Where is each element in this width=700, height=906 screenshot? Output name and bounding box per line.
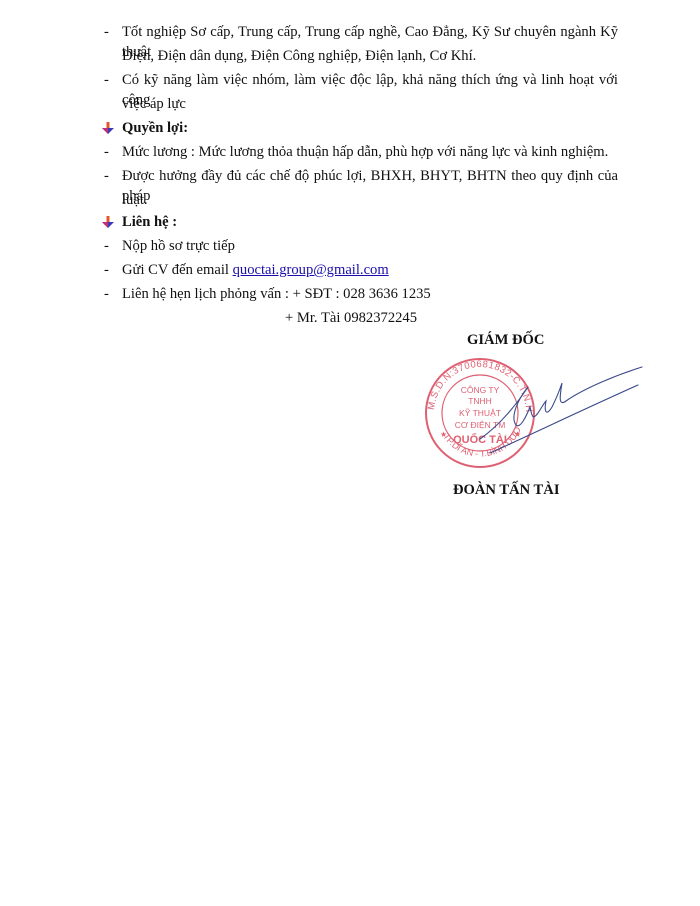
document-page: - Tốt nghiệp Sơ cấp, Trung cấp, Trung cấ… xyxy=(0,0,700,906)
contact-heading: Liên hệ : xyxy=(122,212,177,232)
svg-text:★: ★ xyxy=(514,430,521,439)
requirement-2-line-2: việc áp lực xyxy=(122,94,186,114)
bullet-dash: - xyxy=(104,260,114,280)
contact-interview-phone: Liên hệ hẹn lịch phỏng vấn : + SĐT : 028… xyxy=(122,284,431,304)
bullet-dash: - xyxy=(104,142,114,162)
down-arrow-bullet-icon xyxy=(101,215,115,229)
benefits-heading: Quyền lợi: xyxy=(122,118,188,138)
company-stamp-and-signature: M.S.D.N:3700681832-C.T.N.H.H TP.DĨ AN - … xyxy=(420,355,650,475)
contact-email-line: Gửi CV đến email quoctai.group@gmail.com xyxy=(122,260,389,280)
svg-text:TNHH: TNHH xyxy=(468,396,492,406)
signatory-name: ĐOÀN TẤN TÀI xyxy=(453,480,560,500)
benefit-2-line-1: Được hưởng đầy đủ các chế độ phúc lợi, B… xyxy=(122,166,618,206)
signature-title: GIÁM ĐỐC xyxy=(467,330,544,350)
requirement-1-line-2: Điện, Điện dân dụng, Điện Công nghiệp, Đ… xyxy=(122,46,476,66)
contact-phone-2: + Mr. Tài 0982372245 xyxy=(285,308,417,328)
contact-email-prefix: Gửi CV đến email xyxy=(122,262,233,278)
bullet-dash: - xyxy=(104,22,114,42)
svg-text:KỸ THUẬT: KỸ THUẬT xyxy=(459,408,501,418)
company-stamp: M.S.D.N:3700681832-C.T.N.H.H TP.DĨ AN - … xyxy=(420,355,534,467)
benefit-1: Mức lương : Mức lương thỏa thuận hấp dẫn… xyxy=(122,142,608,162)
bullet-dash: - xyxy=(104,70,114,90)
svg-text:CÔNG TY: CÔNG TY xyxy=(461,385,500,395)
svg-text:★: ★ xyxy=(440,430,447,439)
down-arrow-bullet-icon xyxy=(101,121,115,135)
contact-submit-in-person: Nộp hồ sơ trực tiếp xyxy=(122,236,235,256)
bullet-dash: - xyxy=(104,236,114,256)
benefit-2-line-2: luật. xyxy=(122,190,148,210)
email-link[interactable]: quoctai.group@gmail.com xyxy=(233,262,389,278)
bullet-dash: - xyxy=(104,284,114,304)
requirement-2-line-1: Có kỹ năng làm việc nhóm, làm việc độc l… xyxy=(122,70,618,110)
bullet-dash: - xyxy=(104,166,114,186)
